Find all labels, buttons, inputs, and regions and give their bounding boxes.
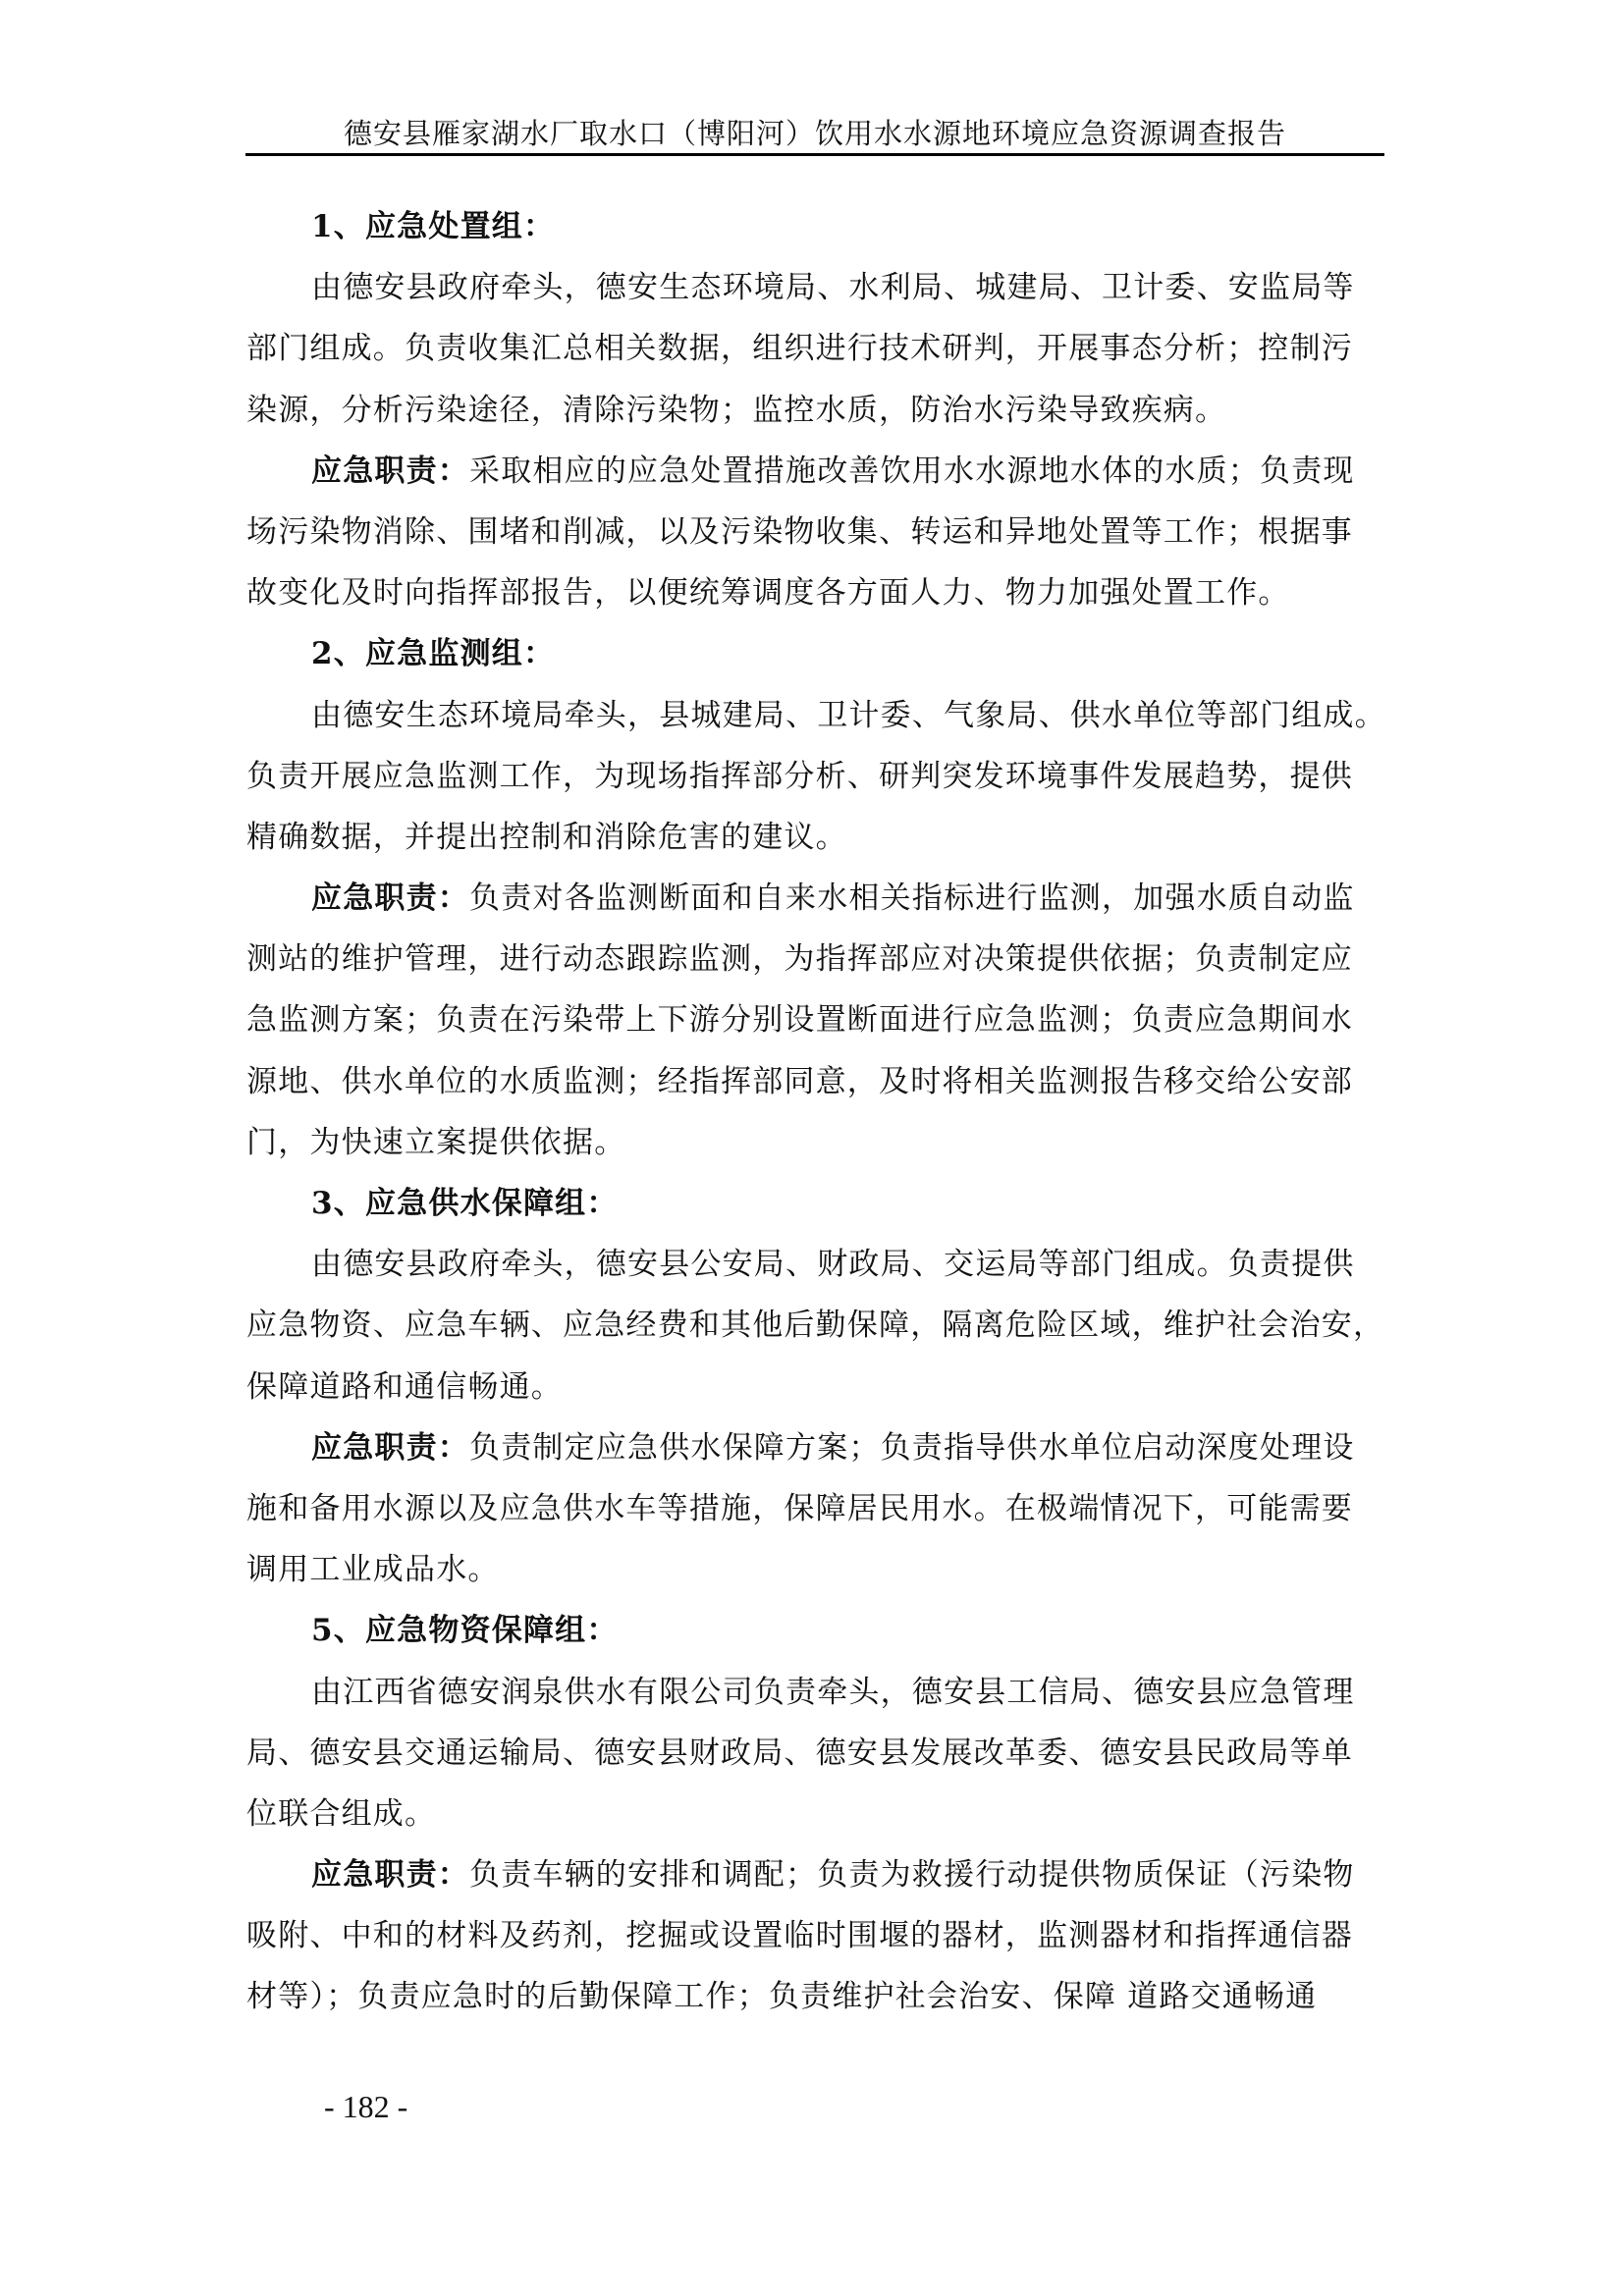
duty-line: 应急职责：负责对各监测断面和自来水相关指标进行监测，加强水质自动监 [246, 868, 1385, 929]
paragraph-line: 应急物资、应急车辆、应急经费和其他后勤保障，隔离危险区域，维护社会治安， [246, 1295, 1385, 1356]
duty-text: 负责车辆的安排和调配；负责为救援行动提供物质保证（污染物 [469, 1857, 1355, 1893]
paragraph-line: 局、德安县交通运输局、德安县财政局、德安县发展改革委、德安县民政局等单 [246, 1723, 1385, 1784]
duty-label: 应急职责： [311, 454, 469, 489]
paragraph-line: 精确数据，并提出控制和消除危害的建议。 [246, 807, 1385, 868]
paragraph-line: 吸附、中和的材料及药剂，挖掘或设置临时围堰的器材，监测器材和指挥通信器 [246, 1905, 1385, 1966]
duty-label: 应急职责： [311, 881, 469, 916]
paragraph-line: 染源，分析污染途径，清除污染物；监控水质，防治水污染导致疾病。 [246, 380, 1385, 441]
paragraph-line: 场污染物消除、围堵和削减，以及污染物收集、转运和异地处置等工作；根据事 [246, 502, 1385, 562]
duty-text: 采取相应的应急处置措施改善饮用水水源地水体的水质；负责现 [469, 454, 1355, 489]
paragraph-line: 保障道路和通信畅通。 [246, 1357, 1385, 1417]
duty-text: 负责制定应急供水保障方案；负责指导供水单位启动深度处理设 [469, 1430, 1355, 1466]
paragraph-line: 门，为快速立案提供依据。 [246, 1112, 1385, 1173]
section-emergency-disposal-group: 1、应急处置组： 由德安县政府牵头，德安生态环境局、水利局、城建局、卫计委、安监… [246, 196, 1385, 623]
paragraph-line: 施和备用水源以及应急供水车等措施，保障居民用水。在极端情况下，可能需要 [246, 1478, 1385, 1539]
paragraph-line: 由江西省德安润泉供水有限公司负责牵头，德安县工信局、德安县应急管理 [246, 1662, 1385, 1723]
paragraph-line: 由德安县政府牵头，德安县公安局、财政局、交运局等部门组成。负责提供 [246, 1234, 1385, 1295]
section-heading: 2、应急监测组： [246, 623, 1385, 684]
section-heading: 3、应急供水保障组： [246, 1173, 1385, 1234]
duty-line: 应急职责：负责车辆的安排和调配；负责为救援行动提供物质保证（污染物 [246, 1844, 1385, 1905]
document-header-title: 德安县雁家湖水厂取水口（博阳河）饮用水水源地环境应急资源调查报告 [245, 114, 1384, 153]
duty-text: 负责对各监测断面和自来水相关指标进行监测，加强水质自动监 [469, 881, 1355, 916]
paragraph-line: 位联合组成。 [246, 1784, 1385, 1844]
paragraph-line: 由德安县政府牵头，德安生态环境局、水利局、城建局、卫计委、安监局等 [246, 257, 1385, 318]
paragraph-line: 故变化及时向指挥部报告，以便统筹调度各方面人力、物力加强处置工作。 [246, 562, 1385, 623]
paragraph-line: 测站的维护管理，进行动态跟踪监测，为指挥部应对决策提供依据；负责制定应 [246, 929, 1385, 989]
section-emergency-water-supply-group: 3、应急供水保障组： 由德安县政府牵头，德安县公安局、财政局、交运局等部门组成。… [246, 1173, 1385, 1600]
section-emergency-monitoring-group: 2、应急监测组： 由德安生态环境局牵头，县城建局、卫计委、气象局、供水单位等部门… [246, 623, 1385, 1173]
header-divider [245, 153, 1384, 156]
paragraph-line: 材等）；负责应急时的后勤保障工作；负责维护社会治安、保障 道路交通畅通 [246, 1966, 1385, 2027]
document-body: 1、应急处置组： 由德安县政府牵头，德安生态环境局、水利局、城建局、卫计委、安监… [246, 196, 1385, 2028]
duty-line: 应急职责：采取相应的应急处置措施改善饮用水水源地水体的水质；负责现 [246, 441, 1385, 502]
page-number: - 182 - [324, 2089, 407, 2125]
duty-label: 应急职责： [311, 1857, 469, 1893]
section-heading: 5、应急物资保障组： [246, 1600, 1385, 1661]
section-emergency-materials-group: 5、应急物资保障组： 由江西省德安润泉供水有限公司负责牵头，德安县工信局、德安县… [246, 1600, 1385, 2027]
paragraph-line: 负责开展应急监测工作，为现场指挥部分析、研判突发环境事件发展趋势，提供 [246, 746, 1385, 807]
duty-line: 应急职责：负责制定应急供水保障方案；负责指导供水单位启动深度处理设 [246, 1417, 1385, 1478]
paragraph-line: 急监测方案；负责在污染带上下游分别设置断面进行应急监测；负责应急期间水 [246, 989, 1385, 1050]
paragraph-line: 由德安生态环境局牵头，县城建局、卫计委、气象局、供水单位等部门组成。 [246, 685, 1385, 746]
paragraph-line: 调用工业成品水。 [246, 1539, 1385, 1600]
duty-label: 应急职责： [311, 1430, 469, 1466]
section-heading: 1、应急处置组： [246, 196, 1385, 257]
paragraph-line: 部门组成。负责收集汇总相关数据，组织进行技术研判，开展事态分析；控制污 [246, 318, 1385, 379]
paragraph-line: 源地、供水单位的水质监测；经指挥部同意，及时将相关监测报告移交给公安部 [246, 1051, 1385, 1112]
